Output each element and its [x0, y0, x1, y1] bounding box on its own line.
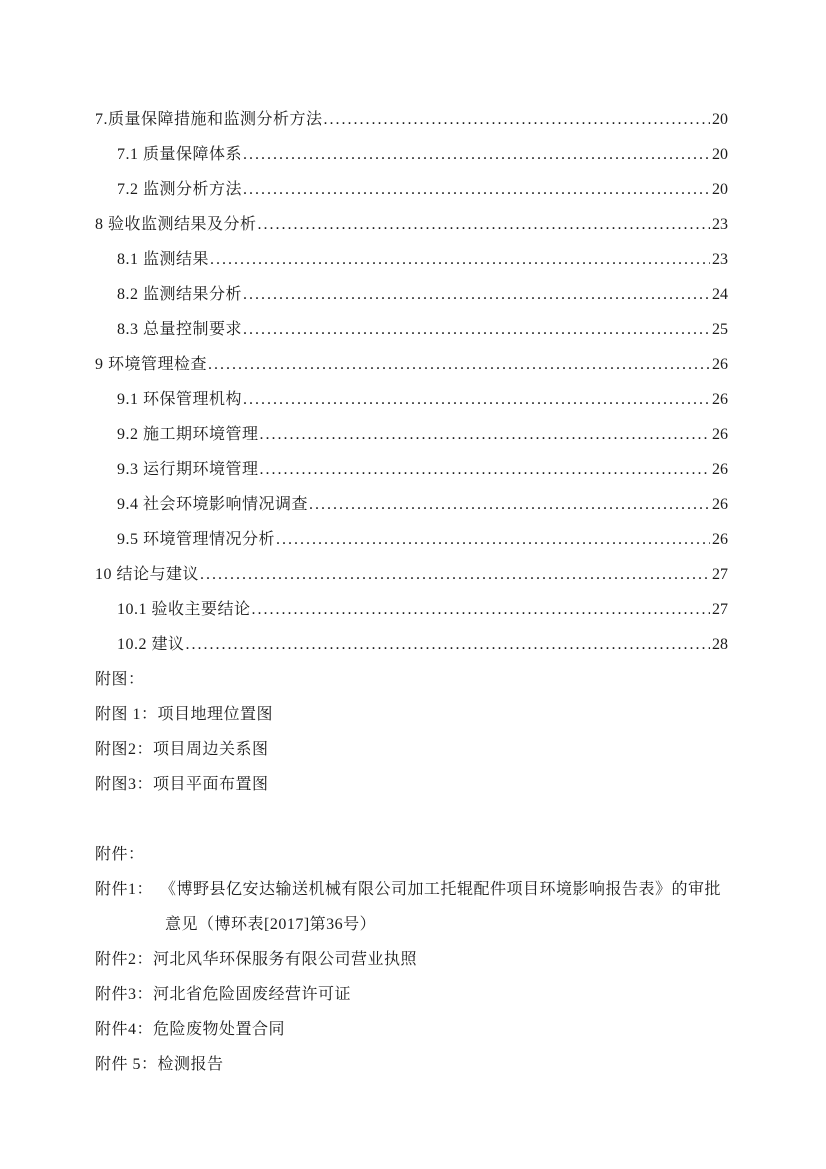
- attachment-item-line: 意见（博环表[2017]第36号）: [160, 907, 728, 942]
- attachment-item: 附件1：《博野县亿安达输送机械有限公司加工托辊配件项目环境影响报告表》的审批意见…: [95, 872, 728, 942]
- toc-entry-label: 9.3 运行期环境管理: [117, 452, 259, 487]
- toc-entry: 9.5 环境管理情况分析26: [95, 522, 728, 557]
- blank-line: [95, 802, 728, 837]
- toc-entry-label: 9.2 施工期环境管理: [117, 417, 259, 452]
- attachment-item-label: 附件2：: [95, 942, 153, 977]
- attachment-item-line: 河北风华环保服务有限公司营业执照: [153, 942, 728, 977]
- toc-page-number: 25: [711, 312, 728, 347]
- toc-entry: 10.2 建议28: [95, 627, 728, 662]
- toc-entry-label: 9.4 社会环境影响情况调查: [117, 487, 308, 522]
- toc-page-number: 23: [711, 242, 728, 277]
- attachment-item-label: 附件3：: [95, 977, 153, 1012]
- attachment-item-line: 检测报告: [158, 1047, 728, 1082]
- toc-page-number: 24: [711, 277, 728, 312]
- toc-leader-dots: [324, 102, 710, 137]
- toc-leader-dots: [260, 452, 710, 487]
- toc-leader-dots: [243, 277, 710, 312]
- attachment-item-label: 附件 5：: [95, 1047, 158, 1082]
- toc-page-number: 23: [711, 207, 728, 242]
- figure-item-text: 附图2：项目周边关系图: [95, 732, 269, 767]
- attachment-item: 附件2：河北风华环保服务有限公司营业执照: [95, 942, 728, 977]
- toc-entry: 8.3 总量控制要求25: [95, 312, 728, 347]
- toc-page-number: 26: [711, 382, 728, 417]
- attachments-heading: 附件：: [95, 837, 145, 872]
- toc-entry-label: 8 验收监测结果及分析: [95, 207, 257, 242]
- attachments-list: 附件1：《博野县亿安达输送机械有限公司加工托辊配件项目环境影响报告表》的审批意见…: [95, 872, 728, 1082]
- attachment-item: 附件 5：检测报告: [95, 1047, 728, 1082]
- toc-leader-dots: [186, 627, 710, 662]
- toc-leader-dots: [243, 137, 710, 172]
- toc-entry-label: 7.2 监测分析方法: [117, 172, 242, 207]
- toc-entry: 10.1 验收主要结论27: [95, 592, 728, 627]
- toc-entry: 9.1 环保管理机构26: [95, 382, 728, 417]
- toc-entry: 8 验收监测结果及分析23: [95, 207, 728, 242]
- toc-entry: 10 结论与建议27: [95, 557, 728, 592]
- attachment-item-text: 《博野县亿安达输送机械有限公司加工托辊配件项目环境影响报告表》的审批意见（博环表…: [160, 872, 728, 942]
- toc-entry: 9.2 施工期环境管理26: [95, 417, 728, 452]
- toc-page-number: 26: [711, 452, 728, 487]
- figure-item-text: 附图 1：项目地理位置图: [95, 697, 273, 732]
- figures-heading: 附图：: [95, 662, 145, 697]
- toc-leader-dots: [252, 592, 710, 627]
- toc-leader-dots: [208, 347, 710, 382]
- toc-page-number: 26: [711, 347, 728, 382]
- toc-list: 7.质量保障措施和监测分析方法207.1 质量保障体系207.2 监测分析方法2…: [95, 102, 728, 662]
- attachment-item-text: 危险废物处置合同: [153, 1012, 728, 1047]
- toc-entry-label: 9 环境管理检查: [95, 347, 207, 382]
- toc-page-number: 28: [711, 627, 728, 662]
- toc-entry: 9.4 社会环境影响情况调查26: [95, 487, 728, 522]
- toc-leader-dots: [309, 487, 710, 522]
- toc-entry: 7.质量保障措施和监测分析方法20: [95, 102, 728, 137]
- toc-page-number: 20: [711, 137, 728, 172]
- toc-entry-label: 9.5 环境管理情况分析: [117, 522, 275, 557]
- toc-entry: 8.1 监测结果23: [95, 242, 728, 277]
- toc-page-number: 26: [711, 522, 728, 557]
- toc-entry-label: 10 结论与建议: [95, 557, 199, 592]
- toc-entry: 8.2 监测结果分析24: [95, 277, 728, 312]
- attachment-item-text: 检测报告: [158, 1047, 728, 1082]
- toc-entry: 9.3 运行期环境管理26: [95, 452, 728, 487]
- figures-heading-row: 附图：: [95, 662, 728, 697]
- toc-leader-dots: [243, 382, 710, 417]
- toc-entry-label: 9.1 环保管理机构: [117, 382, 242, 417]
- attachment-item: 附件3：河北省危险固废经营许可证: [95, 977, 728, 1012]
- toc-entry-label: 8.1 监测结果: [117, 242, 209, 277]
- toc-entry: 7.2 监测分析方法20: [95, 172, 728, 207]
- attachment-item-line: 危险废物处置合同: [153, 1012, 728, 1047]
- toc-entry-label: 7.1 质量保障体系: [117, 137, 242, 172]
- attachment-item-text: 河北省危险固废经营许可证: [153, 977, 728, 1012]
- attachments-heading-row: 附件：: [95, 837, 728, 872]
- toc-entry-label: 8.3 总量控制要求: [117, 312, 242, 347]
- toc-leader-dots: [276, 522, 710, 557]
- attachment-item-text: 河北风华环保服务有限公司营业执照: [153, 942, 728, 977]
- toc-entry-label: 10.2 建议: [117, 627, 185, 662]
- toc-entry-label: 7.质量保障措施和监测分析方法: [95, 102, 323, 137]
- figure-item: 附图2：项目周边关系图: [95, 732, 728, 767]
- toc-entry-label: 8.2 监测结果分析: [117, 277, 242, 312]
- figure-item-text: 附图3：项目平面布置图: [95, 767, 269, 802]
- document-page: 7.质量保障措施和监测分析方法207.1 质量保障体系207.2 监测分析方法2…: [0, 0, 826, 1169]
- figure-item: 附图3：项目平面布置图: [95, 767, 728, 802]
- attachment-item-label: 附件4：: [95, 1012, 153, 1047]
- toc-entry: 9 环境管理检查26: [95, 347, 728, 382]
- attachment-item-line: 《博野县亿安达输送机械有限公司加工托辊配件项目环境影响报告表》的审批: [160, 872, 728, 907]
- attachment-item: 附件4：危险废物处置合同: [95, 1012, 728, 1047]
- toc-leader-dots: [200, 557, 710, 592]
- toc-leader-dots: [210, 242, 710, 277]
- attachment-item-label: 附件1：: [95, 872, 160, 907]
- toc-entry-label: 10.1 验收主要结论: [117, 592, 251, 627]
- attachment-item-line: 河北省危险固废经营许可证: [153, 977, 728, 1012]
- toc-leader-dots: [258, 207, 710, 242]
- toc-page-number: 27: [711, 592, 728, 627]
- toc-page-number: 20: [711, 172, 728, 207]
- toc-page-number: 27: [711, 557, 728, 592]
- figure-item: 附图 1：项目地理位置图: [95, 697, 728, 732]
- figures-list: 附图 1：项目地理位置图附图2：项目周边关系图附图3：项目平面布置图: [95, 697, 728, 802]
- toc-page-number: 20: [711, 102, 728, 137]
- toc-leader-dots: [243, 312, 710, 347]
- toc-entry: 7.1 质量保障体系20: [95, 137, 728, 172]
- toc-leader-dots: [243, 172, 710, 207]
- toc-content: 7.质量保障措施和监测分析方法207.1 质量保障体系207.2 监测分析方法2…: [95, 102, 728, 1082]
- toc-page-number: 26: [711, 487, 728, 522]
- toc-leader-dots: [260, 417, 710, 452]
- toc-page-number: 26: [711, 417, 728, 452]
